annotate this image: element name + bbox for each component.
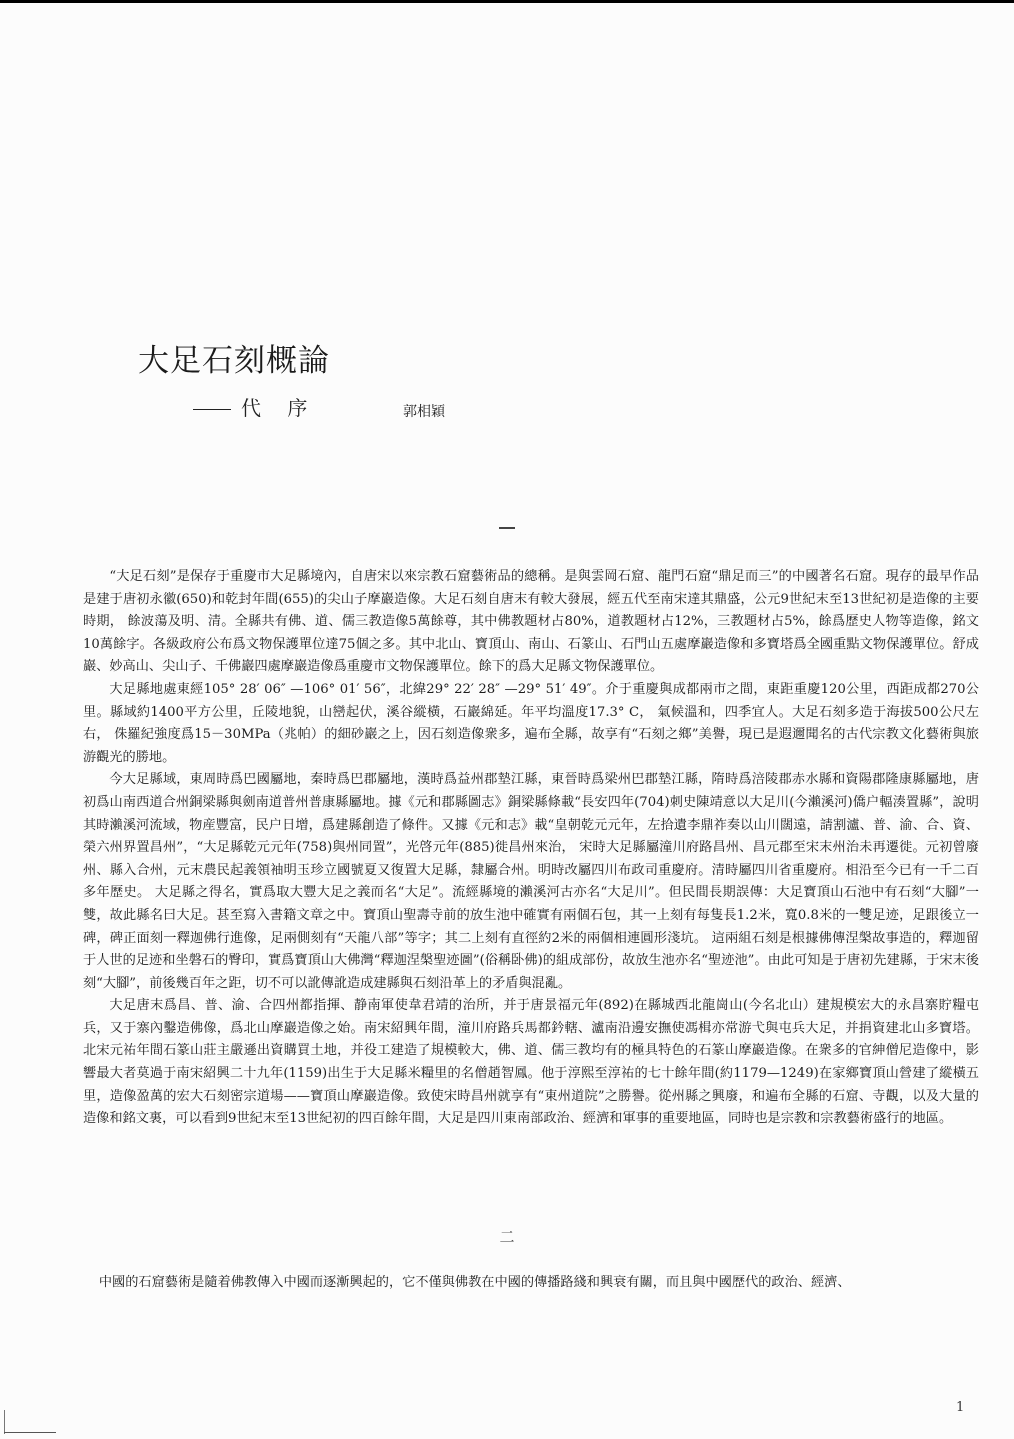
page-title: 大足石刻概論 (138, 335, 330, 380)
section-number-2: 二 (0, 1226, 1014, 1247)
paragraph: “大足石刻”是保存于重慶市大足縣境內，自唐宋以來宗教石窟藝術品的總稱。是與雲岡石… (83, 566, 979, 679)
section-1-body: “大足石刻”是保存于重慶市大足縣境內，自唐宋以來宗教石窟藝術品的總稱。是與雲岡石… (83, 566, 979, 1131)
section-2-body: 中國的石窟藝術是隨着佛教傳入中國而逐漸興起的，它不僅與佛教在中國的傳播路綫和興衰… (83, 1272, 979, 1295)
paragraph: 大足唐末爲昌、普、渝、合四州都指揮、静南軍使韋君靖的治所，并于唐景福元年(892… (83, 995, 979, 1131)
subtitle-text: 代 序 (241, 396, 317, 420)
author-name: 郭相穎 (403, 401, 445, 421)
subtitle: 代 序 (193, 392, 317, 421)
scan-top-edge (0, 0, 1014, 3)
section-1-glyph (499, 527, 515, 529)
em-dash-rule (193, 409, 231, 411)
paragraph: 大足縣地處東經105° 28′ 06″ —106° 01′ 56″，北緯29° … (83, 679, 979, 769)
section-number-1 (0, 518, 1014, 536)
crop-mark-vertical (4, 1410, 5, 1434)
crop-mark-horizontal (4, 1432, 56, 1433)
paragraph: 今大足縣域，東周時爲巴國屬地，秦時爲巴郡屬地，漢時爲益州郡墊江縣，東晉時爲梁州巴… (83, 769, 979, 995)
paragraph: 中國的石窟藝術是隨着佛教傳入中國而逐漸興起的，它不僅與佛教在中國的傳播路綫和興衰… (83, 1272, 979, 1295)
page-number: 1 (956, 1400, 964, 1415)
